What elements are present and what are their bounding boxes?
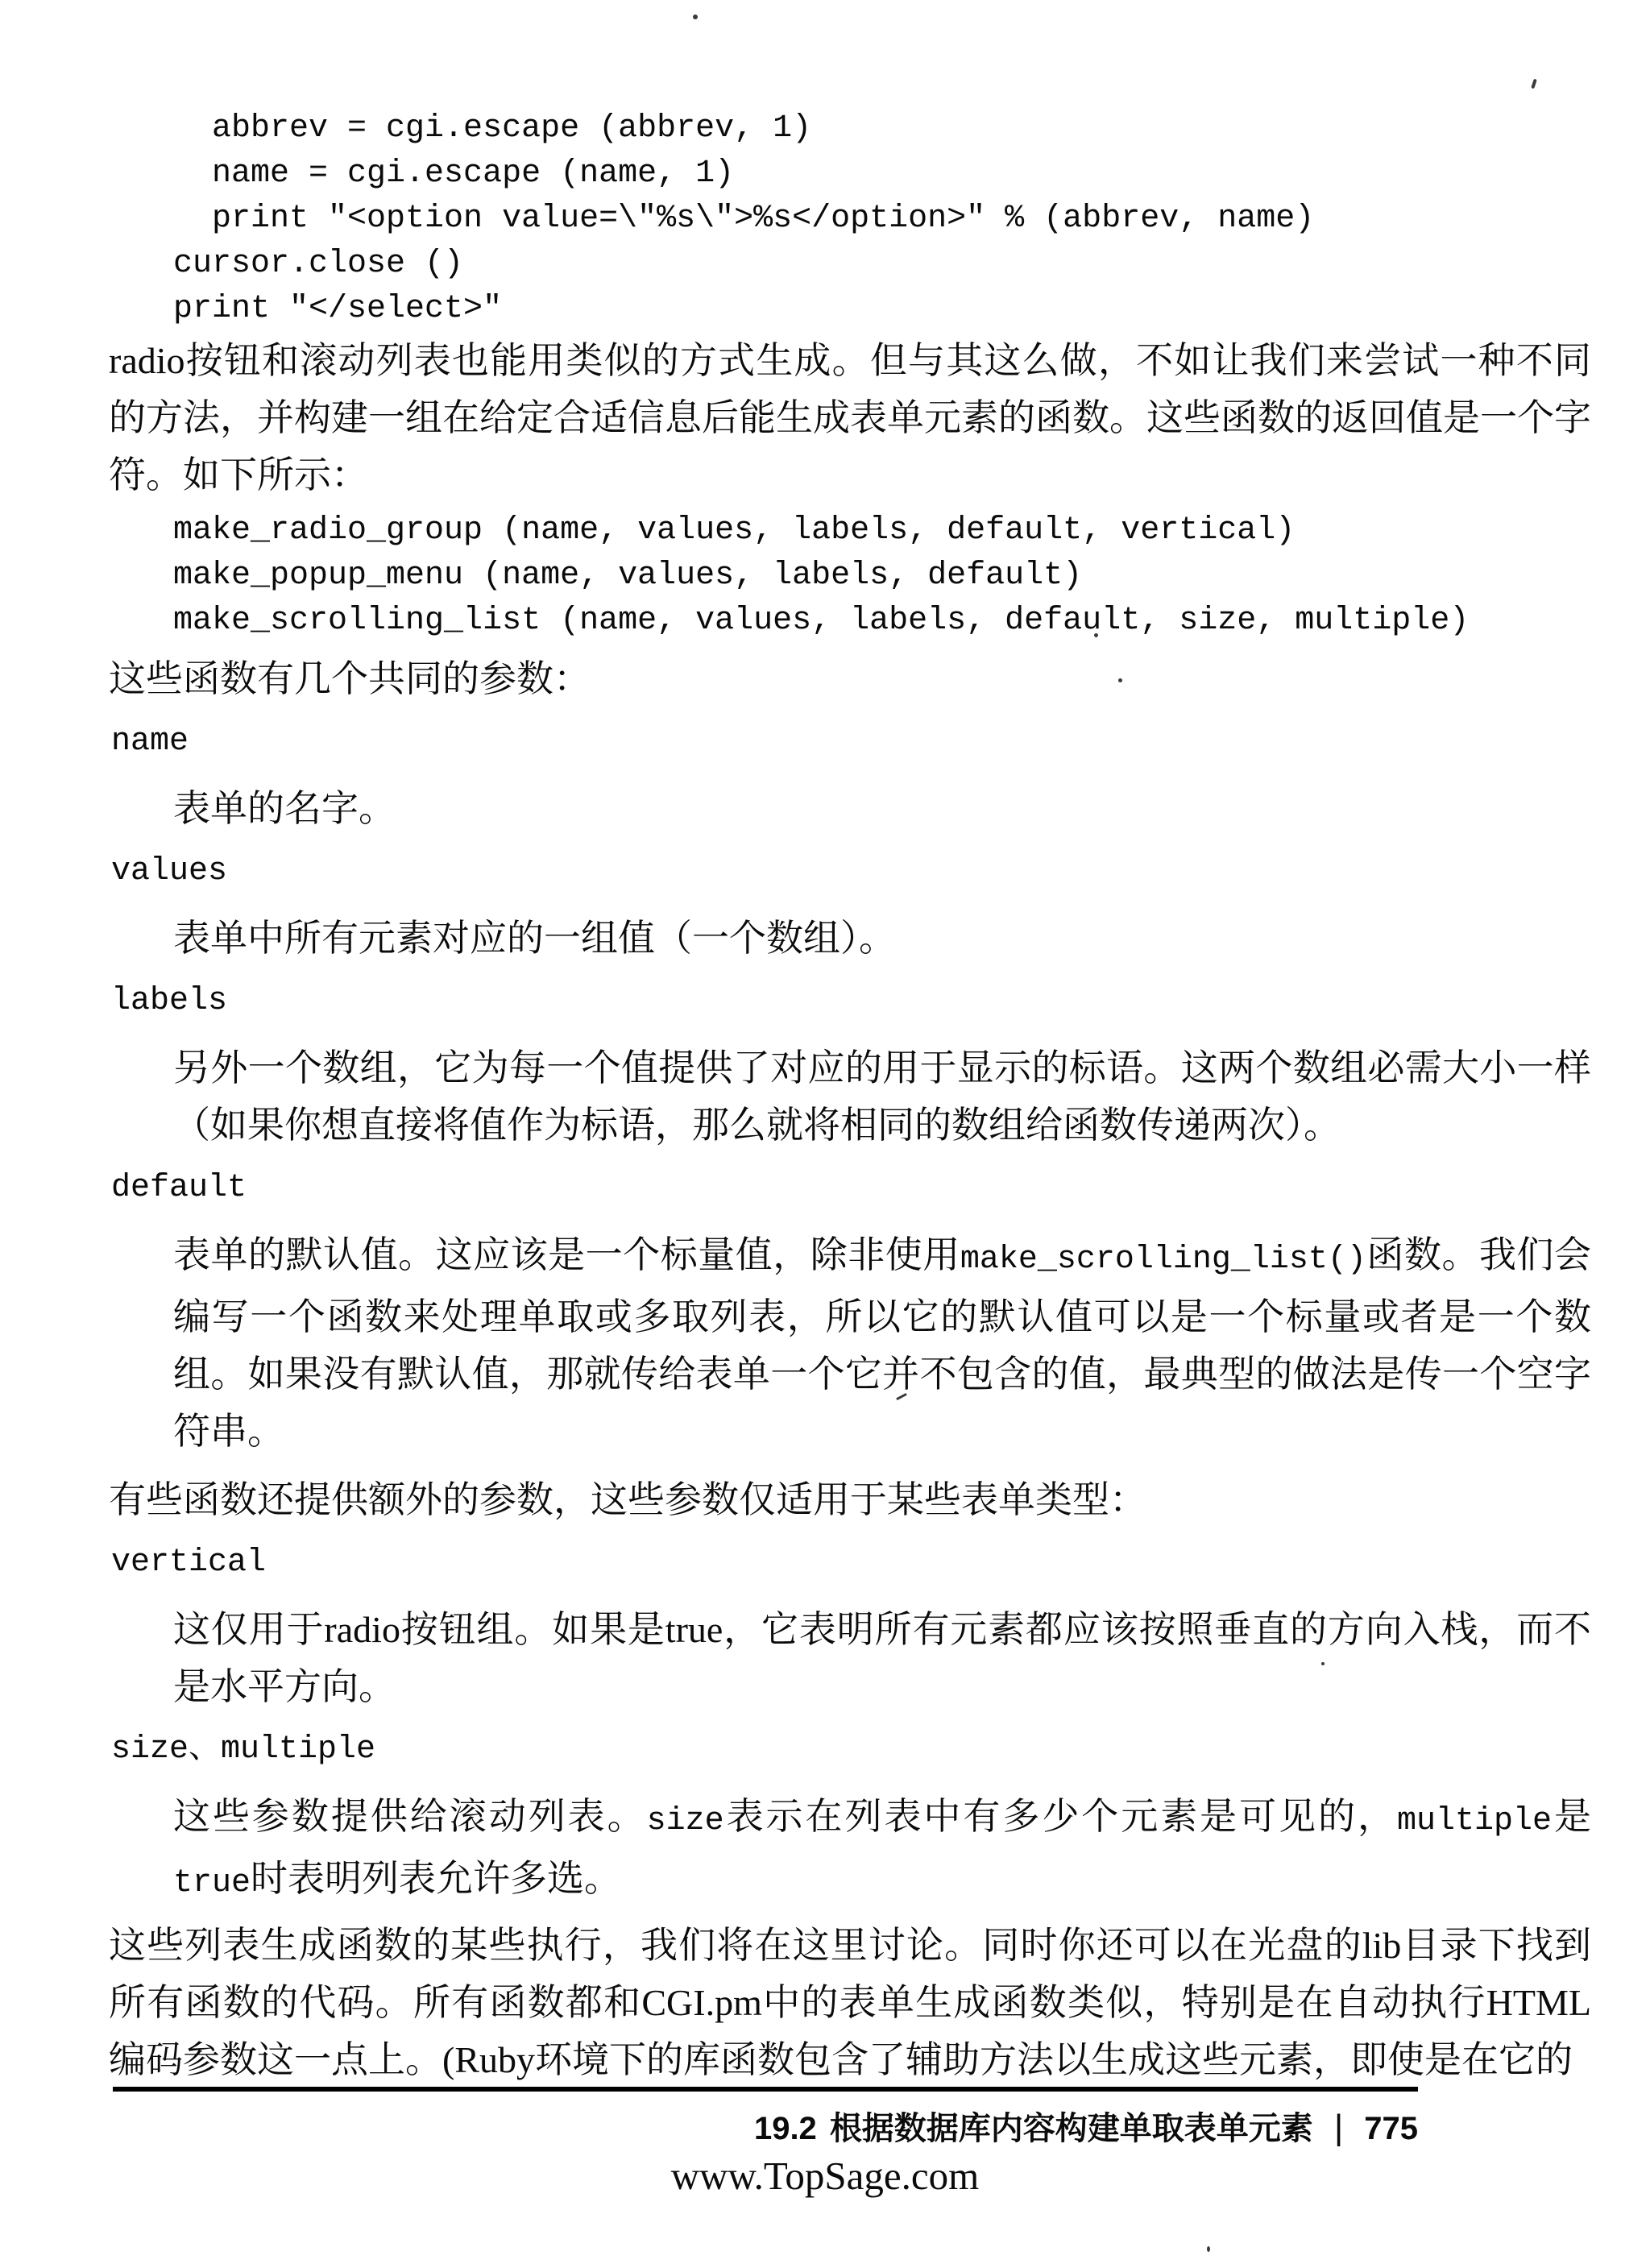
param-term-vertical: vertical bbox=[111, 1540, 1591, 1586]
param-entry-size-multiple: size、multiple 这些参数提供给滚动列表。size表示在列表中有多少个… bbox=[109, 1727, 1591, 1912]
code-block-option-escape: abbrev = cgi.escape (abbrev, 1) name = c… bbox=[173, 106, 1591, 332]
param-entry-vertical: vertical 这仅用于radio按钮组。如果是true，它表明所有元素都应该… bbox=[109, 1540, 1591, 1715]
param-term-default: default bbox=[111, 1165, 1591, 1212]
footer-section-title: 根据数据库内容构建单取表单元素 bbox=[830, 2103, 1313, 2149]
footer-rule bbox=[113, 2087, 1418, 2092]
param-definition-vertical: 这仅用于radio按钮组。如果是true，它表明所有元素都应该按照垂直的方向入栈… bbox=[173, 1601, 1591, 1715]
scan-speck bbox=[1321, 1662, 1325, 1665]
param-term-name: name bbox=[111, 719, 1591, 765]
param-term-values: values bbox=[111, 848, 1591, 895]
paragraph-closing: 这些列表生成函数的某些执行，我们将在这里讨论。同时你还可以在光盘的lib目录下找… bbox=[109, 1917, 1591, 2088]
param-term-size-multiple: size、multiple bbox=[111, 1727, 1591, 1773]
scan-speck bbox=[1207, 2246, 1210, 2252]
footer-page-number: 775 bbox=[1364, 2111, 1418, 2147]
param-definition-labels: 另外一个数组，它为每一个值提供了对应的用于显示的标语。这两个数组必需大小一样（如… bbox=[173, 1039, 1591, 1154]
param-entry-name: name 表单的名字。 bbox=[109, 719, 1591, 837]
page-content: abbrev = cgi.escape (abbrev, 1) name = c… bbox=[0, 0, 1650, 2088]
scan-speck bbox=[1118, 678, 1122, 682]
paragraph-extra-params-intro: 有些函数还提供额外的参数，这些参数仅适用于某些表单类型： bbox=[109, 1471, 1591, 1528]
param-definition-size-multiple: 这些参数提供给滚动列表。size表示在列表中有多少个元素是可见的，multipl… bbox=[173, 1788, 1591, 1912]
scan-speck bbox=[1094, 633, 1098, 637]
footer-section-number: 19.2 bbox=[754, 2111, 817, 2147]
footer-watermark: www.TopSage.com bbox=[0, 2153, 1650, 2199]
param-definition-name: 表单的名字。 bbox=[173, 780, 1591, 837]
param-term-labels: labels bbox=[111, 978, 1591, 1025]
scan-speck bbox=[693, 15, 698, 19]
code-block-function-signatures: make_radio_group (name, values, labels, … bbox=[173, 508, 1591, 644]
param-entry-default: default 表单的默认值。这应该是一个标量值，除非使用make_scroll… bbox=[109, 1165, 1591, 1460]
param-definition-values: 表单中所有元素对应的一组值（一个数组）。 bbox=[173, 910, 1591, 967]
scanned-book-page: { "top_code": " abbrev = cgi.escape (abb… bbox=[0, 0, 1650, 2268]
param-definition-default: 表单的默认值。这应该是一个标量值，除非使用make_scrolling_list… bbox=[173, 1226, 1591, 1460]
paragraph-common-params-intro: 这些函数有几个共同的参数： bbox=[109, 650, 1591, 707]
param-entry-labels: labels 另外一个数组，它为每一个值提供了对应的用于显示的标语。这两个数组必… bbox=[109, 978, 1591, 1154]
param-entry-values: values 表单中所有元素对应的一组值（一个数组）。 bbox=[109, 848, 1591, 967]
footer-separator: | bbox=[1326, 2108, 1351, 2148]
footer-section-line: 19.2 根据数据库内容构建单取表单元素 | 775 bbox=[754, 2103, 1418, 2149]
paragraph-radio-intro: radio按钮和滚动列表也能用类似的方式生成。但与其这么做，不如让我们来尝试一种… bbox=[109, 332, 1591, 504]
